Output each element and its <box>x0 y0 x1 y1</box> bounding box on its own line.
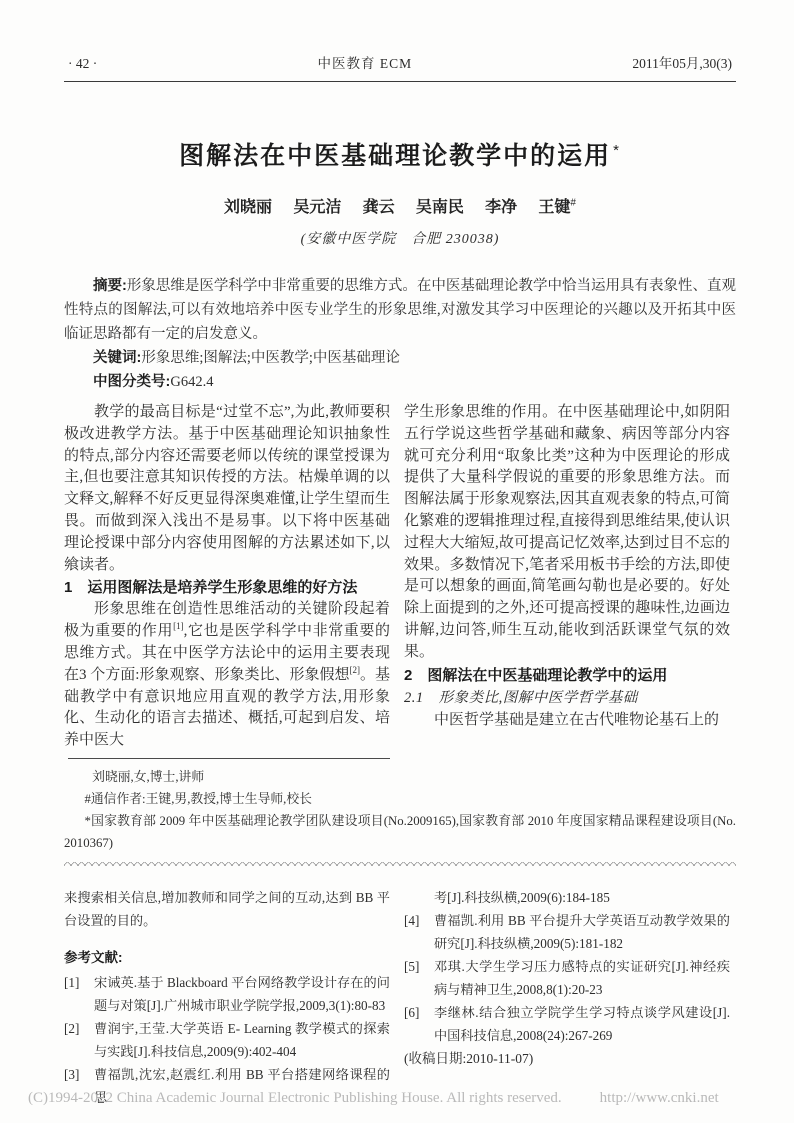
keywords-label: 关键词: <box>93 350 141 366</box>
abstract-text: 形象思维是医学科学中非常重要的思维方式。在中医基础理论教学中恰当运用具有表象性、… <box>64 278 736 342</box>
wavy-article-divider <box>64 862 736 866</box>
keywords-text: 形象思维;图解法;中医教学;中医基础理论 <box>141 350 400 366</box>
reference-text: 李继林.结合独立学院学生学习特点谈学风建设[J].中国科技信息,2008(24)… <box>434 1001 730 1047</box>
article-title-text: 图解法在中医基础理论教学中的运用 <box>179 142 611 170</box>
footnote-block: 刘晓丽,女,博士,讲师 #通信作者:王键,男,教授,博士生导师,校长 *国家教育… <box>64 758 736 854</box>
body-paragraph: 学生形象思维的作用。在中医基础理论中,如阴阳五行学说这些哲学基础和藏象、病因等部… <box>404 402 730 664</box>
issue-info: 2011年05月,30(3) <box>632 52 732 72</box>
reference-number: [4] <box>404 909 434 955</box>
footnote-corresponding-author: #通信作者:王键,男,教授,博士生导师,校长 <box>64 788 736 810</box>
abstract-label: 摘要: <box>93 278 127 294</box>
continued-paragraph: 来搜索相关信息,增加教师和同学之间的互动,达到 BB 平台设置的目的。 <box>64 886 390 932</box>
references-heading: 参考文献: <box>64 946 390 969</box>
reference-text: 宋诫英.基于 Blackboard 平台网络教学设计存在的问题与对策[J].广州… <box>94 971 390 1017</box>
abstract: 摘要:形象思维是医学科学中非常重要的思维方式。在中医基础理论教学中恰当运用具有表… <box>64 274 736 346</box>
reference-number: [6] <box>404 1001 434 1047</box>
reference-item-continuation: 考[J].科技纵横,2009(6):184-185 <box>404 886 730 909</box>
received-date: (收稿日期:2010-11-07) <box>404 1047 730 1070</box>
cnki-url: http://www.cnki.net <box>600 1090 719 1107</box>
author-name: 王键# <box>538 199 576 216</box>
body-columns: 教学的最高目标是“过堂不忘”,为此,教师要积极改进教学方法。基于中医基础理论知识… <box>64 402 736 752</box>
continued-left-column: 来搜索相关信息,增加教师和同学之间的互动,达到 BB 平台设置的目的。 参考文献… <box>64 886 390 1109</box>
section-heading-2: 2 图解法在中医基础理论教学中的运用 <box>404 664 730 687</box>
funding-note-marker: * <box>613 142 621 159</box>
journal-header: · 42 · 中医教育 ECM 2011年05月,30(3) <box>64 52 736 82</box>
body-paragraph: 教学的最高目标是“过堂不忘”,为此,教师要积极改进教学方法。基于中医基础理论知识… <box>64 402 390 576</box>
scan-copyright-footer: (C)1994-2022 China Academic Journal Elec… <box>28 1090 719 1107</box>
section-heading-2-1: 2.1 形象类比,图解中医学哲学基础 <box>404 687 730 710</box>
reference-item: [4] 曹福凯.利用 BB 平台提升大学英语互动教学效果的研究[J].科技纵横,… <box>404 909 730 955</box>
reference-text: 曹福凯.利用 BB 平台提升大学英语互动教学效果的研究[J].科技纵横,2009… <box>434 909 730 955</box>
footnote-divider <box>68 758 390 759</box>
author-name: 刘晓丽 <box>224 199 272 216</box>
continued-article-columns: 来搜索相关信息,增加教师和同学之间的互动,达到 BB 平台设置的目的。 参考文献… <box>64 886 736 1109</box>
article-meta: 摘要:形象思维是医学科学中非常重要的思维方式。在中医基础理论教学中恰当运用具有表… <box>64 274 736 394</box>
section-heading-1: 1 运用图解法是培养学生形象思维的好方法 <box>64 576 390 599</box>
body-paragraph: 中医哲学基础是建立在古代唯物论基石上的 <box>404 710 730 732</box>
reference-number: [5] <box>404 955 434 1001</box>
continued-right-column: 考[J].科技纵横,2009(6):184-185 [4] 曹福凯.利用 BB … <box>404 886 730 1109</box>
reference-number <box>404 886 434 909</box>
body-right-column: 学生形象思维的作用。在中医基础理论中,如阴阳五行学说这些哲学基础和藏象、病因等部… <box>404 402 730 752</box>
author-name: 李净 <box>485 199 517 216</box>
footnote-author-bio: 刘晓丽,女,博士,讲师 <box>64 766 736 788</box>
affiliation: (安徽中医学院 合肥 230038) <box>64 228 736 248</box>
reference-item: [6] 李继林.结合独立学院学生学习特点谈学风建设[J].中国科技信息,2008… <box>404 1001 730 1047</box>
journal-name: 中医教育 ECM <box>317 52 412 72</box>
reference-item: [2] 曹润宇,王莹.大学英语 E- Learning 教学模式的探索与实践[J… <box>64 1017 390 1063</box>
body-paragraph: 形象思维在创造性思维活动的关键阶段起着极为重要的作用[1],它也是医学科学中非常… <box>64 599 390 752</box>
reference-item: [1] 宋诫英.基于 Blackboard 平台网络教学设计存在的问题与对策[J… <box>64 971 390 1017</box>
reference-number: [2] <box>64 1017 94 1063</box>
clc-label: 中图分类号: <box>93 374 170 390</box>
reference-item: [5] 邓琪.大学生学习压力感特点的实证研究[J].神经疾病与精神卫生,2008… <box>404 955 730 1001</box>
footnote-funding: *国家教育部 2009 年中医基础理论教学团队建设项目(No.2009165),… <box>64 810 736 854</box>
author-list: 刘晓丽 吴元洁 龚云 吴南民 李净 王键# <box>64 194 736 217</box>
copyright-text: (C)1994-2022 China Academic Journal Elec… <box>28 1090 562 1107</box>
author-name: 吴元洁 <box>293 199 341 216</box>
reference-text: 考[J].科技纵横,2009(6):184-185 <box>434 886 730 909</box>
scanned-paper-page: · 42 · 中医教育 ECM 2011年05月,30(3) 图解法在中医基础理… <box>0 0 794 1123</box>
body-left-column: 教学的最高目标是“过堂不忘”,为此,教师要积极改进教学方法。基于中医基础理论知识… <box>64 402 390 752</box>
author-name: 龚云 <box>363 199 395 216</box>
keywords: 关键词:形象思维;图解法;中医教学;中医基础理论 <box>64 346 736 370</box>
author-name: 吴南民 <box>416 199 464 216</box>
page-number: · 42 · <box>68 56 97 72</box>
article-title: 图解法在中医基础理论教学中的运用* <box>64 136 736 172</box>
reference-number: [1] <box>64 971 94 1017</box>
corresponding-author-marker: # <box>570 198 576 209</box>
author-name-text: 王键 <box>538 199 570 216</box>
reference-text: 邓琪.大学生学习压力感特点的实证研究[J].神经疾病与精神卫生,2008,8(1… <box>434 955 730 1001</box>
clc-value: G642.4 <box>170 374 213 390</box>
clc-number: 中图分类号:G642.4 <box>64 370 736 394</box>
reference-text: 曹润宇,王莹.大学英语 E- Learning 教学模式的探索与实践[J].科技… <box>94 1017 390 1063</box>
